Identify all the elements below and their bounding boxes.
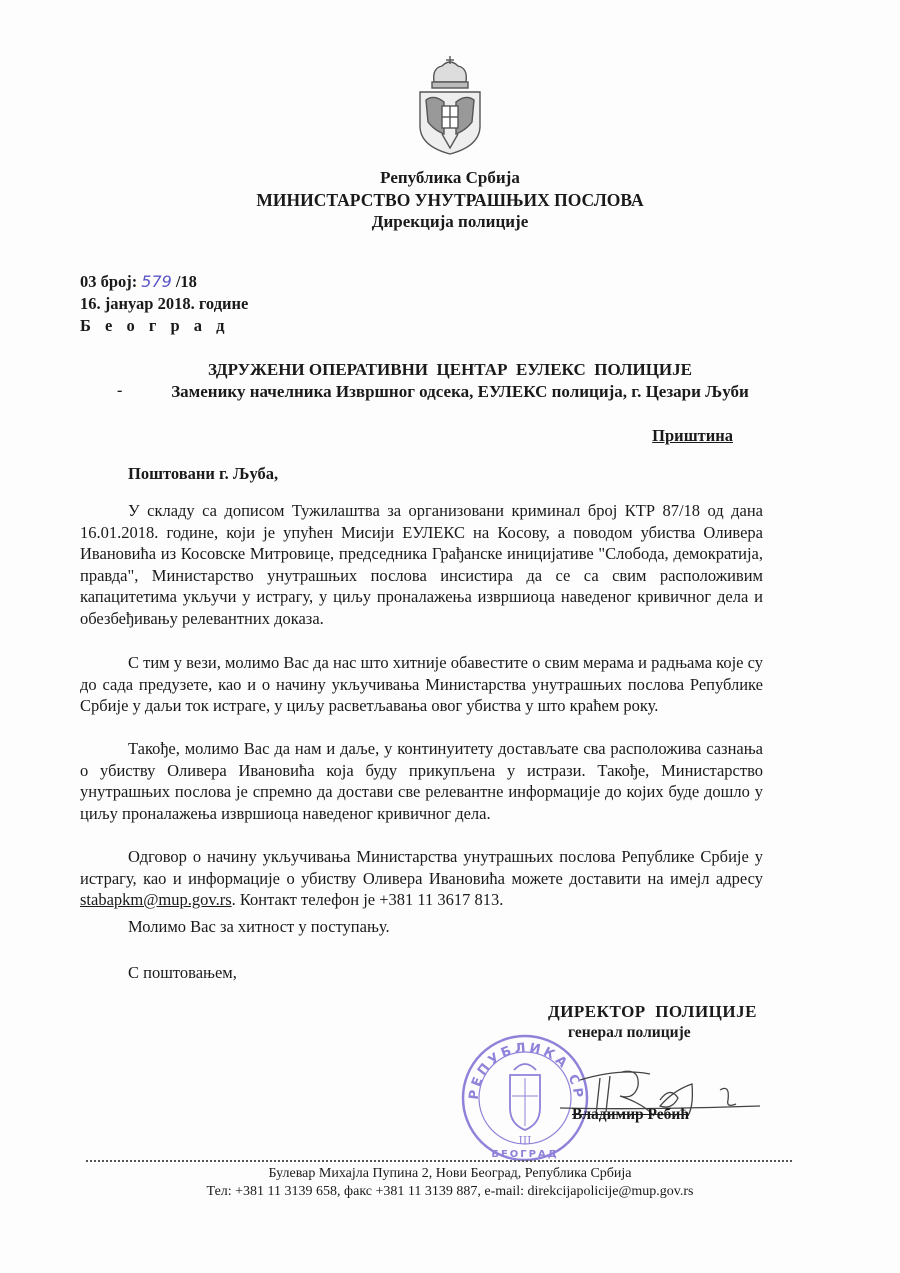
footer-divider (86, 1160, 792, 1162)
recipient-location: Приштина (652, 426, 733, 446)
reference-prefix: 03 број: (80, 272, 137, 291)
body-paragraph-3: Такође, молимо Вас да нам и даље, у конт… (80, 738, 763, 824)
coat-of-arms-icon (414, 56, 486, 156)
body-paragraph-1: У складу са дописом Тужилаштва за органи… (80, 500, 763, 629)
salutation: Поштовани г. Љуба, (128, 464, 278, 484)
document-date: 16. јануар 2018. године (80, 294, 248, 314)
body-paragraph-2: С тим у вези, молимо Вас да нас што хитн… (80, 652, 763, 717)
recipient-addressee: Заменику начелника Извршног одсека, ЕУЛЕ… (0, 382, 900, 402)
header-ministry: МИНИСТАРСТВО УНУТРАШЊИХ ПОСЛОВА (0, 190, 900, 211)
reference-suffix: /18 (176, 272, 197, 291)
handwritten-number: 579 (141, 272, 172, 291)
stamp-number: III (518, 1134, 531, 1147)
urgency-line: Молимо Вас за хитност у поступању. (80, 916, 763, 938)
contact-phone-text: . Контакт телефон је +381 11 3617 813. (232, 890, 504, 909)
letter-page: Република Србија МИНИСТАРСТВО УНУТРАШЊИХ… (0, 0, 900, 1273)
reference-number: 03 број:579/18 (80, 272, 197, 292)
document-city: Б е о г р а д (80, 316, 230, 336)
stamp-city: БЕОГРАД (491, 1149, 558, 1160)
header-directorate: Дирекција полиције (0, 212, 900, 232)
header-republic: Република Србија (0, 168, 900, 188)
footer-address: Булевар Михајла Пупина 2, Нови Београд, … (0, 1166, 900, 1182)
email-link[interactable]: stabapkm@mup.gov.rs (80, 890, 232, 909)
recipient-organization: ЗДРУЖЕНИ ОПЕРАТИВНИ ЦЕНТАР ЕУЛЕКС ПОЛИЦИ… (0, 360, 900, 380)
closing-line: С поштовањем, (80, 962, 763, 984)
signatory-name: Владимир Ребић (572, 1106, 689, 1124)
footer-contact: Тел: +381 11 3139 658, факс +381 11 3139… (0, 1184, 900, 1200)
signatory-title: ДИРЕКТОР ПОЛИЦИЈЕ (548, 1002, 757, 1022)
contact-paragraph: Одговор о начину укључивања Министарства… (80, 846, 763, 911)
contact-text: Одговор о начину укључивања Министарства… (80, 847, 763, 888)
